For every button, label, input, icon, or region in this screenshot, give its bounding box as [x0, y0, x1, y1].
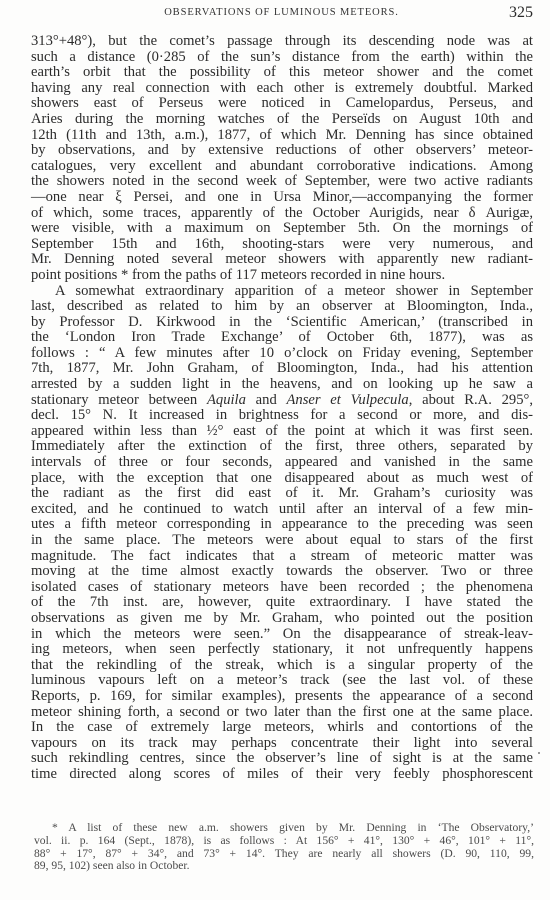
print-speck — [538, 752, 540, 754]
text-line: showers east of Perseus were noticed in … — [31, 96, 533, 112]
text-line: 7th, 1877, Mr. John Graham, of Bloomingt… — [31, 361, 533, 377]
footnote-line: vol. ii. p. 164 (Sept., 1878), is as fol… — [34, 835, 534, 848]
text-line: of which, some traces, apparently of the… — [31, 206, 533, 222]
text-line: Aries during the morning watches of the … — [31, 112, 533, 128]
text-line-with-italics: stationary meteor between Aquila and Ans… — [31, 393, 533, 409]
text-line: last, described as related to him by an … — [31, 299, 533, 315]
text-line: earth’s orbit that the possibility of th… — [31, 65, 533, 81]
text-line: In the case of extremely large meteors, … — [31, 720, 533, 736]
text-segment: and — [246, 392, 287, 408]
text-line: intervals of three or four seconds, appe… — [31, 455, 533, 471]
text-line: place, with the exception that one disap… — [31, 471, 533, 487]
constellation-name-anser-et-vulpecula: Anser et Vulpecula — [287, 392, 409, 408]
footnote-line: * A list of these new a.m. showers given… — [34, 822, 534, 835]
text-line: moving at the time almost exactly toward… — [31, 564, 533, 580]
text-line: by Professor D. Kirkwood in the ‘Scienti… — [31, 315, 533, 331]
text-line: observations as given me by Mr. Graham, … — [31, 611, 533, 627]
running-title: OBSERVATIONS OF LUMINOUS METEORS. — [30, 7, 533, 18]
text-line: luminous vapours left on a meteor’s trac… — [31, 673, 533, 689]
text-line: 12th (11th and 13th, a.m.), 1877, of whi… — [31, 128, 533, 144]
document-page: OBSERVATIONS OF LUMINOUS METEORS. 325 31… — [0, 0, 550, 900]
text-line: Mr. Denning noted several meteor showers… — [31, 252, 533, 268]
text-line: follows : “ A few minutes after 10 o’clo… — [31, 346, 533, 362]
text-line: the ‘London Iron Trade Exchange’ of Octo… — [31, 330, 533, 346]
text-segment: , about R.A. 295°, — [409, 392, 533, 408]
running-header: OBSERVATIONS OF LUMINOUS METEORS. 325 — [30, 5, 533, 21]
text-line: appeared within less than ½° east of the… — [31, 424, 533, 440]
text-line: in the same place. The meteors were abou… — [31, 533, 533, 549]
text-line: in which the meteors were seen.” On the … — [31, 627, 533, 643]
text-line: 313°+48°), but the comet’s passage throu… — [31, 34, 533, 50]
text-line: such a distance (0·285 of the sun’s dist… — [31, 50, 533, 66]
paragraph-end-line: point positions * from the paths of 117 … — [31, 268, 533, 284]
footnote: * A list of these new a.m. showers given… — [34, 822, 534, 873]
text-line: vapours on its track may perhaps concent… — [31, 736, 533, 752]
text-segment: stationary meteor between — [31, 392, 197, 408]
text-line: utes a fifth meteor corresponding in app… — [31, 517, 533, 533]
text-line: Reports, p. 169, for similar examples), … — [31, 689, 533, 705]
text-line: time directed along scores of miles of t… — [31, 767, 533, 783]
text-line: Immediately after the extinction of the … — [31, 439, 533, 455]
constellation-name-aquila: Aquila — [207, 392, 246, 408]
text-line: magnitude. The fact indicates that a str… — [31, 549, 533, 565]
body-text: 313°+48°), but the comet’s passage throu… — [31, 34, 533, 783]
text-line: such rekindling centres, since the obser… — [31, 751, 533, 767]
text-line: were visible, with a maximum on Septembe… — [31, 221, 533, 237]
text-line: isolated cases of stationary meteors hav… — [31, 580, 533, 596]
text-line: of the 7th inst. are, however, quite ext… — [31, 595, 533, 611]
page-number: 325 — [509, 4, 533, 22]
text-line: ing meteors, when seen perfectly station… — [31, 642, 533, 658]
text-line: the radiant as the first did east of it.… — [31, 486, 533, 502]
footnote-line: 89, 95, 102) seen also in October. — [34, 860, 534, 873]
text-line: excited, and he continued to watch until… — [31, 502, 533, 518]
text-line: having any real connection with each oth… — [31, 81, 533, 97]
text-line: that the rekindling of the streak, which… — [31, 658, 533, 674]
text-line: —one near ξ Persei, and one in Ursa Mino… — [31, 190, 533, 206]
text-line: by observations, and by extensive reduct… — [31, 143, 533, 159]
text-line: decl. 15° N. It increased in brightness … — [31, 408, 533, 424]
text-line: arrested by a sudden light in the heaven… — [31, 377, 533, 393]
text-line: September 15th and 16th, shooting-stars … — [31, 237, 533, 253]
text-line: catalogues, very excellent and abundant … — [31, 159, 533, 175]
text-line: the showers noted in the second week of … — [31, 174, 533, 190]
paragraph-start-line: A somewhat extraordinary apparition of a… — [31, 284, 533, 300]
text-line: meteor shining forth, a second or two la… — [31, 705, 533, 721]
